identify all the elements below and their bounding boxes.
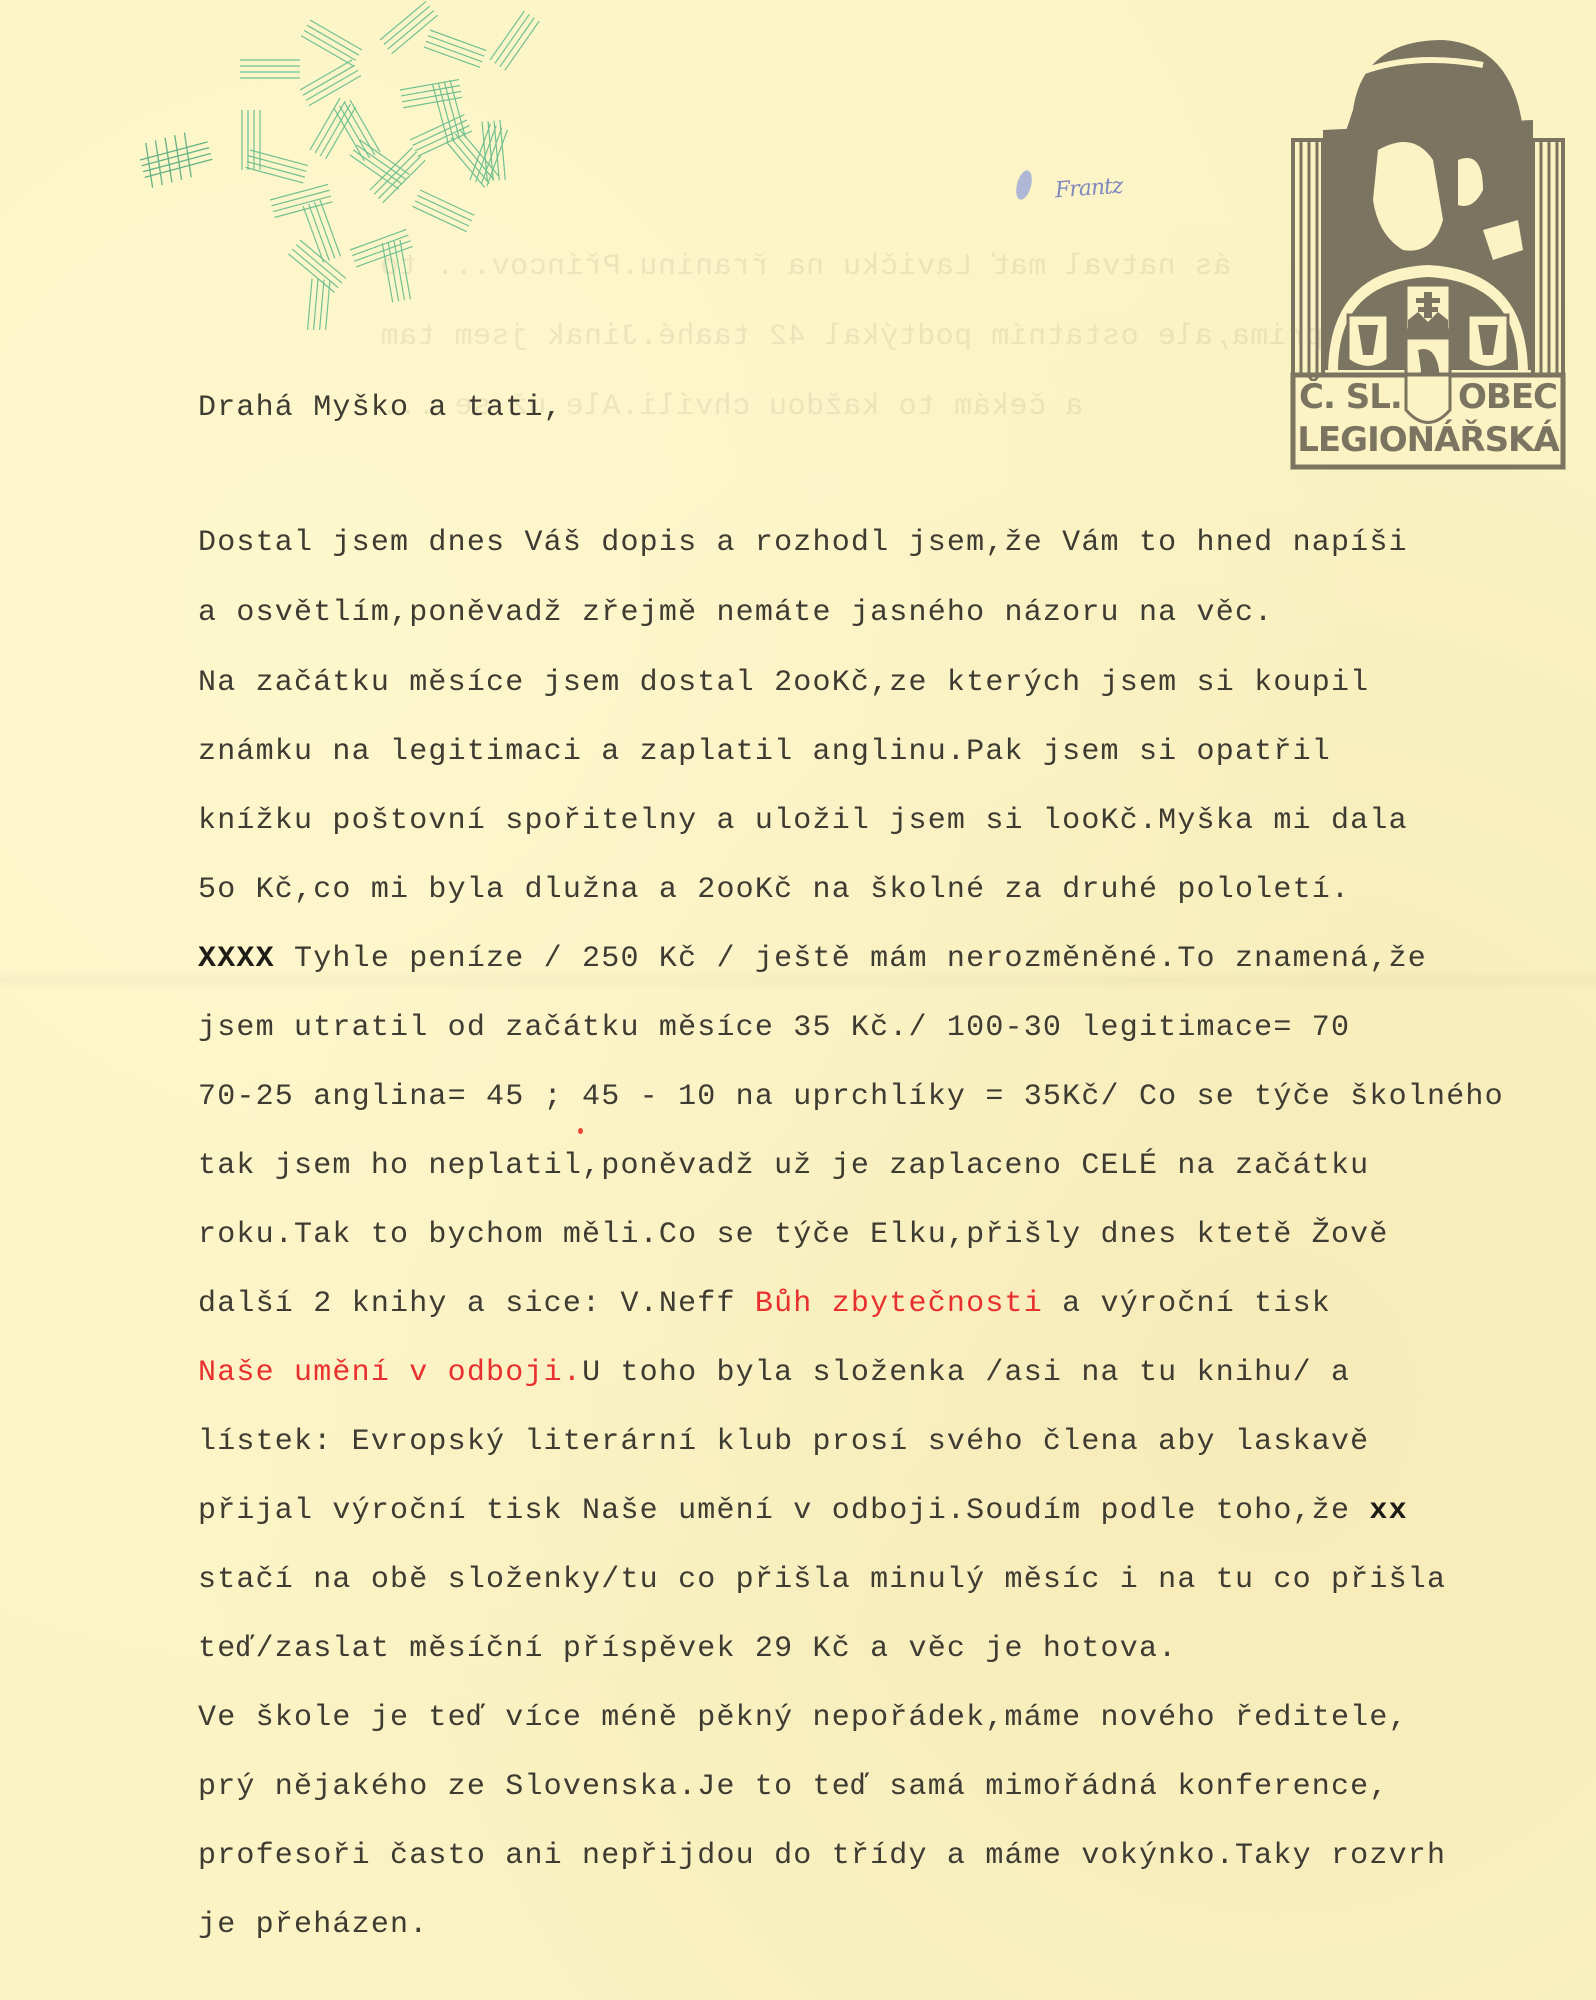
text-segment: další 2 knihy a sice: V.Neff (198, 1287, 755, 1321)
handwritten-signature: Frantz (1005, 150, 1175, 220)
letter-line: 5o Kč,co mi byla dlužna a 2ooKč na školn… (198, 872, 1350, 908)
text-segment: 5o Kč,co mi byla dlužna a 2ooKč na školn… (198, 873, 1350, 907)
text-segment: Tyhle peníze / 250 Kč / ještě mám nerozm… (275, 942, 1427, 976)
text-segment: přijal výroční tisk Naše umění v odboji.… (198, 1494, 1369, 1528)
letter-line: tak jsem ho neplatil,poněvadž už je zapl… (198, 1148, 1369, 1184)
text-segment: prý nějakého ze Slovenska.Je to teď samá… (198, 1770, 1389, 1804)
letter-line: prý nějakého ze Slovenska.Je to teď samá… (198, 1769, 1389, 1805)
letter-line: jsem utratil od začátku měsíce 35 Kč./ 1… (198, 1010, 1350, 1046)
struck-out-text: XXXX (198, 942, 275, 976)
letter-line: Dostal jsem dnes Váš dopis a rozhodl jse… (198, 525, 1408, 561)
text-segment: jsem utratil od začátku měsíce 35 Kč./ 1… (198, 1011, 1350, 1045)
text-segment: Ve škole je teď více méně pěkný nepořáde… (198, 1701, 1408, 1735)
logo-text-obec: OBEC (1458, 377, 1557, 417)
letter-line: známku na legitimaci a zaplatil anglinu.… (198, 734, 1331, 770)
logo-text-csl: Č. SL. (1299, 377, 1402, 417)
letter-line: a osvětlím,poněvadž zřejmě nemáte jasnéh… (198, 595, 1273, 631)
letter-line: další 2 knihy a sice: V.Neff Bůh zbytečn… (198, 1286, 1331, 1322)
text-segment: a osvětlím,poněvadž zřejmě nemáte jasnéh… (198, 596, 1273, 630)
text-segment: je přeházen. (198, 1908, 428, 1942)
text-segment: a výroční tisk (1043, 1287, 1331, 1321)
struck-out-text: xx (1369, 1494, 1407, 1528)
text-segment: U toho byla složenka /asi na tu knihu/ a (582, 1356, 1350, 1390)
text-segment: tak jsem ho neplatil,poněvadž už je zapl… (198, 1149, 1369, 1183)
letter-line: knížku poštovní spořitelny a uložil jsem… (198, 803, 1408, 839)
text-segment: knížku poštovní spořitelny a uložil jsem… (198, 804, 1408, 838)
green-doodle-icon (100, 0, 600, 330)
text-segment: lístek: Evropský literární klub prosí sv… (198, 1425, 1369, 1459)
text-segment: 70-25 anglina= 45 ; 45 - 10 na uprchlíky… (198, 1080, 1504, 1114)
letter-line: Naše umění v odboji.U toho byla složenka… (198, 1355, 1350, 1391)
text-segment: Dostal jsem dnes Váš dopis a rozhodl jse… (198, 526, 1408, 560)
letterhead-logo: Č. SL. OBEC LEGIONÁŘSKÁ (1283, 20, 1573, 470)
letter-line: lístek: Evropský literární klub prosí sv… (198, 1424, 1369, 1460)
letter-line: 70-25 anglina= 45 ; 45 - 10 na uprchlíky… (198, 1079, 1504, 1115)
ink-mark-icon (1013, 169, 1034, 202)
book-title-red: Bůh zbytečnosti (755, 1287, 1043, 1321)
signature-text: Frantz (1054, 174, 1123, 204)
text-segment: známku na legitimaci a zaplatil anglinu.… (198, 735, 1331, 769)
text-segment: Na začátku měsíce jsem dostal 2ooKč,ze k… (198, 666, 1369, 700)
letter-line: profesoři často ani nepřijdou do třídy a… (198, 1838, 1446, 1874)
letter-line: přijal výroční tisk Naše umění v odboji.… (198, 1493, 1408, 1529)
text-segment: roku.Tak to bychom měli.Co se týče Elku,… (198, 1218, 1389, 1252)
letter-line: teď/zaslat měsíční příspěvek 29 Kč a věc… (198, 1631, 1177, 1667)
red-ink-dot (578, 1128, 583, 1134)
salutation: Drahá Myško a tati, (198, 390, 563, 426)
letter-line: stačí na obě složenky/tu co přišla minul… (198, 1562, 1446, 1598)
letter-line: je přeházen. (198, 1907, 428, 1943)
text-segment: profesoři často ani nepřijdou do třídy a… (198, 1839, 1446, 1873)
book-title-red: Naše umění v odboji. (198, 1356, 582, 1390)
letter-line: XXXX Tyhle peníze / 250 Kč / ještě mám n… (198, 941, 1427, 977)
letter-line: Ve škole je teď více méně pěkný nepořáde… (198, 1700, 1408, 1736)
logo-text-line2: LEGIONÁŘSKÁ (1283, 420, 1573, 460)
logo-text-line1: Č. SL. OBEC (1283, 377, 1573, 417)
text-segment: stačí na obě složenky/tu co přišla minul… (198, 1563, 1446, 1597)
letter-line: roku.Tak to bychom měli.Co se týče Elku,… (198, 1217, 1389, 1253)
text-segment: teď/zaslat měsíční příspěvek 29 Kč a věc… (198, 1632, 1177, 1666)
letter-line: Na začátku měsíce jsem dostal 2ooKč,ze k… (198, 665, 1369, 701)
